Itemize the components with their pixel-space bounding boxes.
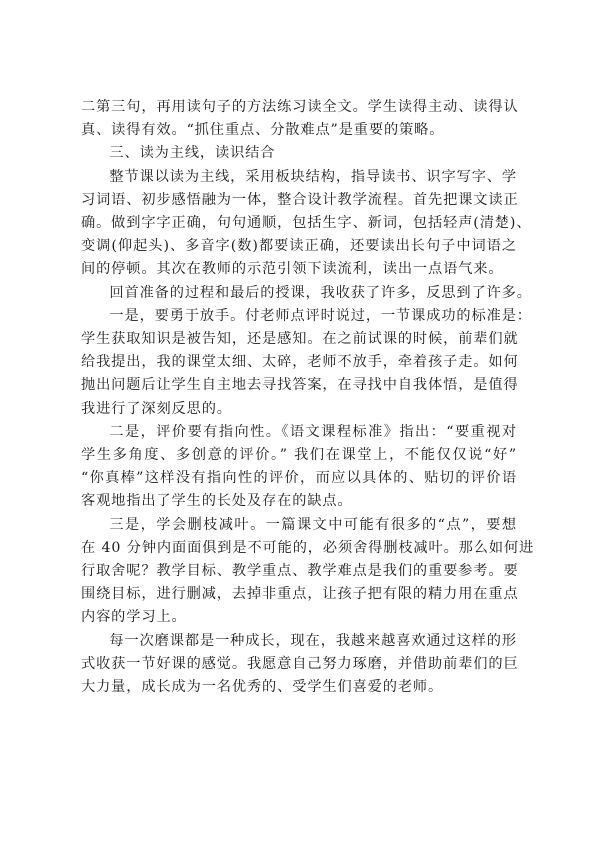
- text-line: 间的停顿。其次在教师的示范引领下读流利，读出一点语气来。: [81, 258, 517, 281]
- text-line: 大力量，成长成为一名优秀的、受学生们喜爱的老师。: [81, 676, 517, 699]
- text-line: 确。做到字字正确，句句通顺，包括生字、新词，包括轻声(清楚)、: [81, 212, 517, 235]
- text-line: 习词语、初步感悟融为一体，整合设计教学流程。首先把课文读正: [81, 189, 517, 212]
- text-line: 式收获一节好课的感觉。我愿意自己努力琢磨，并借助前辈们的巨: [81, 653, 517, 676]
- text-line: 客观地指出了学生的长处及存在的缺点。: [81, 490, 517, 513]
- text-line: 学生多角度、多创意的评价。” 我们在课堂上，不能仅仅说“好”: [81, 444, 517, 467]
- text-line: 在 40 分钟内面面俱到是不可能的，必须舍得删枝减叶。那么如何进: [81, 537, 517, 560]
- text-line: “你真棒”这样没有指向性的评价，而应以具体的、贴切的评价语: [81, 467, 517, 490]
- text-line: 抛出问题后让学生自主地去寻找答案，在寻找中自我体悟，是值得: [81, 374, 517, 397]
- text-line: 回首准备的过程和最后的授课，我收获了许多，反思到了许多。: [81, 282, 517, 305]
- text-line: 我进行了深刻反思的。: [81, 398, 517, 421]
- text-line: 每一次磨课都是一种成长，现在，我越来越喜欢通过这样的形: [81, 630, 517, 653]
- text-line: 一是，要勇于放手。付老师点评时说过，一节课成功的标准是：: [81, 305, 517, 328]
- text-line: 学生获取知识是被告知，还是感知。在之前试课的时候，前辈们就: [81, 328, 517, 351]
- paragraph-reflection-intro: 回首准备的过程和最后的授课，我收获了许多，反思到了许多。: [81, 282, 517, 305]
- paragraph-reading-mainline: 整节课以读为主线，采用板块结构，指导读书、识字写字、学 习词语、初步感悟融为一体…: [81, 166, 517, 282]
- text-line: 三是，学会删枝减叶。一篇课文中可能有很多的“点”，要想: [81, 514, 517, 537]
- text-line: 围绕目标，进行删减，去掉非重点，让孩子把有限的精力用在重点: [81, 583, 517, 606]
- text-line: 内容的学习上。: [81, 606, 517, 629]
- text-line: 二第三句，再用读句子的方法练习读全文。学生读得主动、读得认: [81, 96, 517, 119]
- paragraph-conclusion: 每一次磨课都是一种成长，现在，我越来越喜欢通过这样的形 式收获一节好课的感觉。我…: [81, 630, 517, 700]
- paragraph-point-one: 一是，要勇于放手。付老师点评时说过，一节课成功的标准是： 学生获取知识是被告知，…: [81, 305, 517, 421]
- document-page: 二第三句，再用读句子的方法练习读全文。学生读得主动、读得认 真、读得有效。“抓住…: [81, 96, 517, 699]
- paragraph-point-two: 二是，评价要有指向性。《语文课程标准》指出：“要重视对 学生多角度、多创意的评价…: [81, 421, 517, 514]
- heading-text: 三、读为主线，读识结合: [81, 142, 517, 165]
- text-line: 变调(仰起头)、多音字(数)都要读正确，还要读出长句子中词语之: [81, 235, 517, 258]
- paragraph-reading-strategy: 二第三句，再用读句子的方法练习读全文。学生读得主动、读得认 真、读得有效。“抓住…: [81, 96, 517, 142]
- paragraph-point-three: 三是，学会删枝减叶。一篇课文中可能有很多的“点”，要想 在 40 分钟内面面俱到…: [81, 514, 517, 630]
- section-heading: 三、读为主线，读识结合: [81, 142, 517, 165]
- text-line: 二是，评价要有指向性。《语文课程标准》指出：“要重视对: [81, 421, 517, 444]
- text-line: 行取舍呢？教学目标、教学重点、教学难点是我们的重要参考。要: [81, 560, 517, 583]
- text-line: 给我提出，我的课堂太细、太碎，老师不放手，牵着孩子走。如何: [81, 351, 517, 374]
- text-line: 整节课以读为主线，采用板块结构，指导读书、识字写字、学: [81, 166, 517, 189]
- text-line: 真、读得有效。“抓住重点、分散难点”是重要的策略。: [81, 119, 517, 142]
